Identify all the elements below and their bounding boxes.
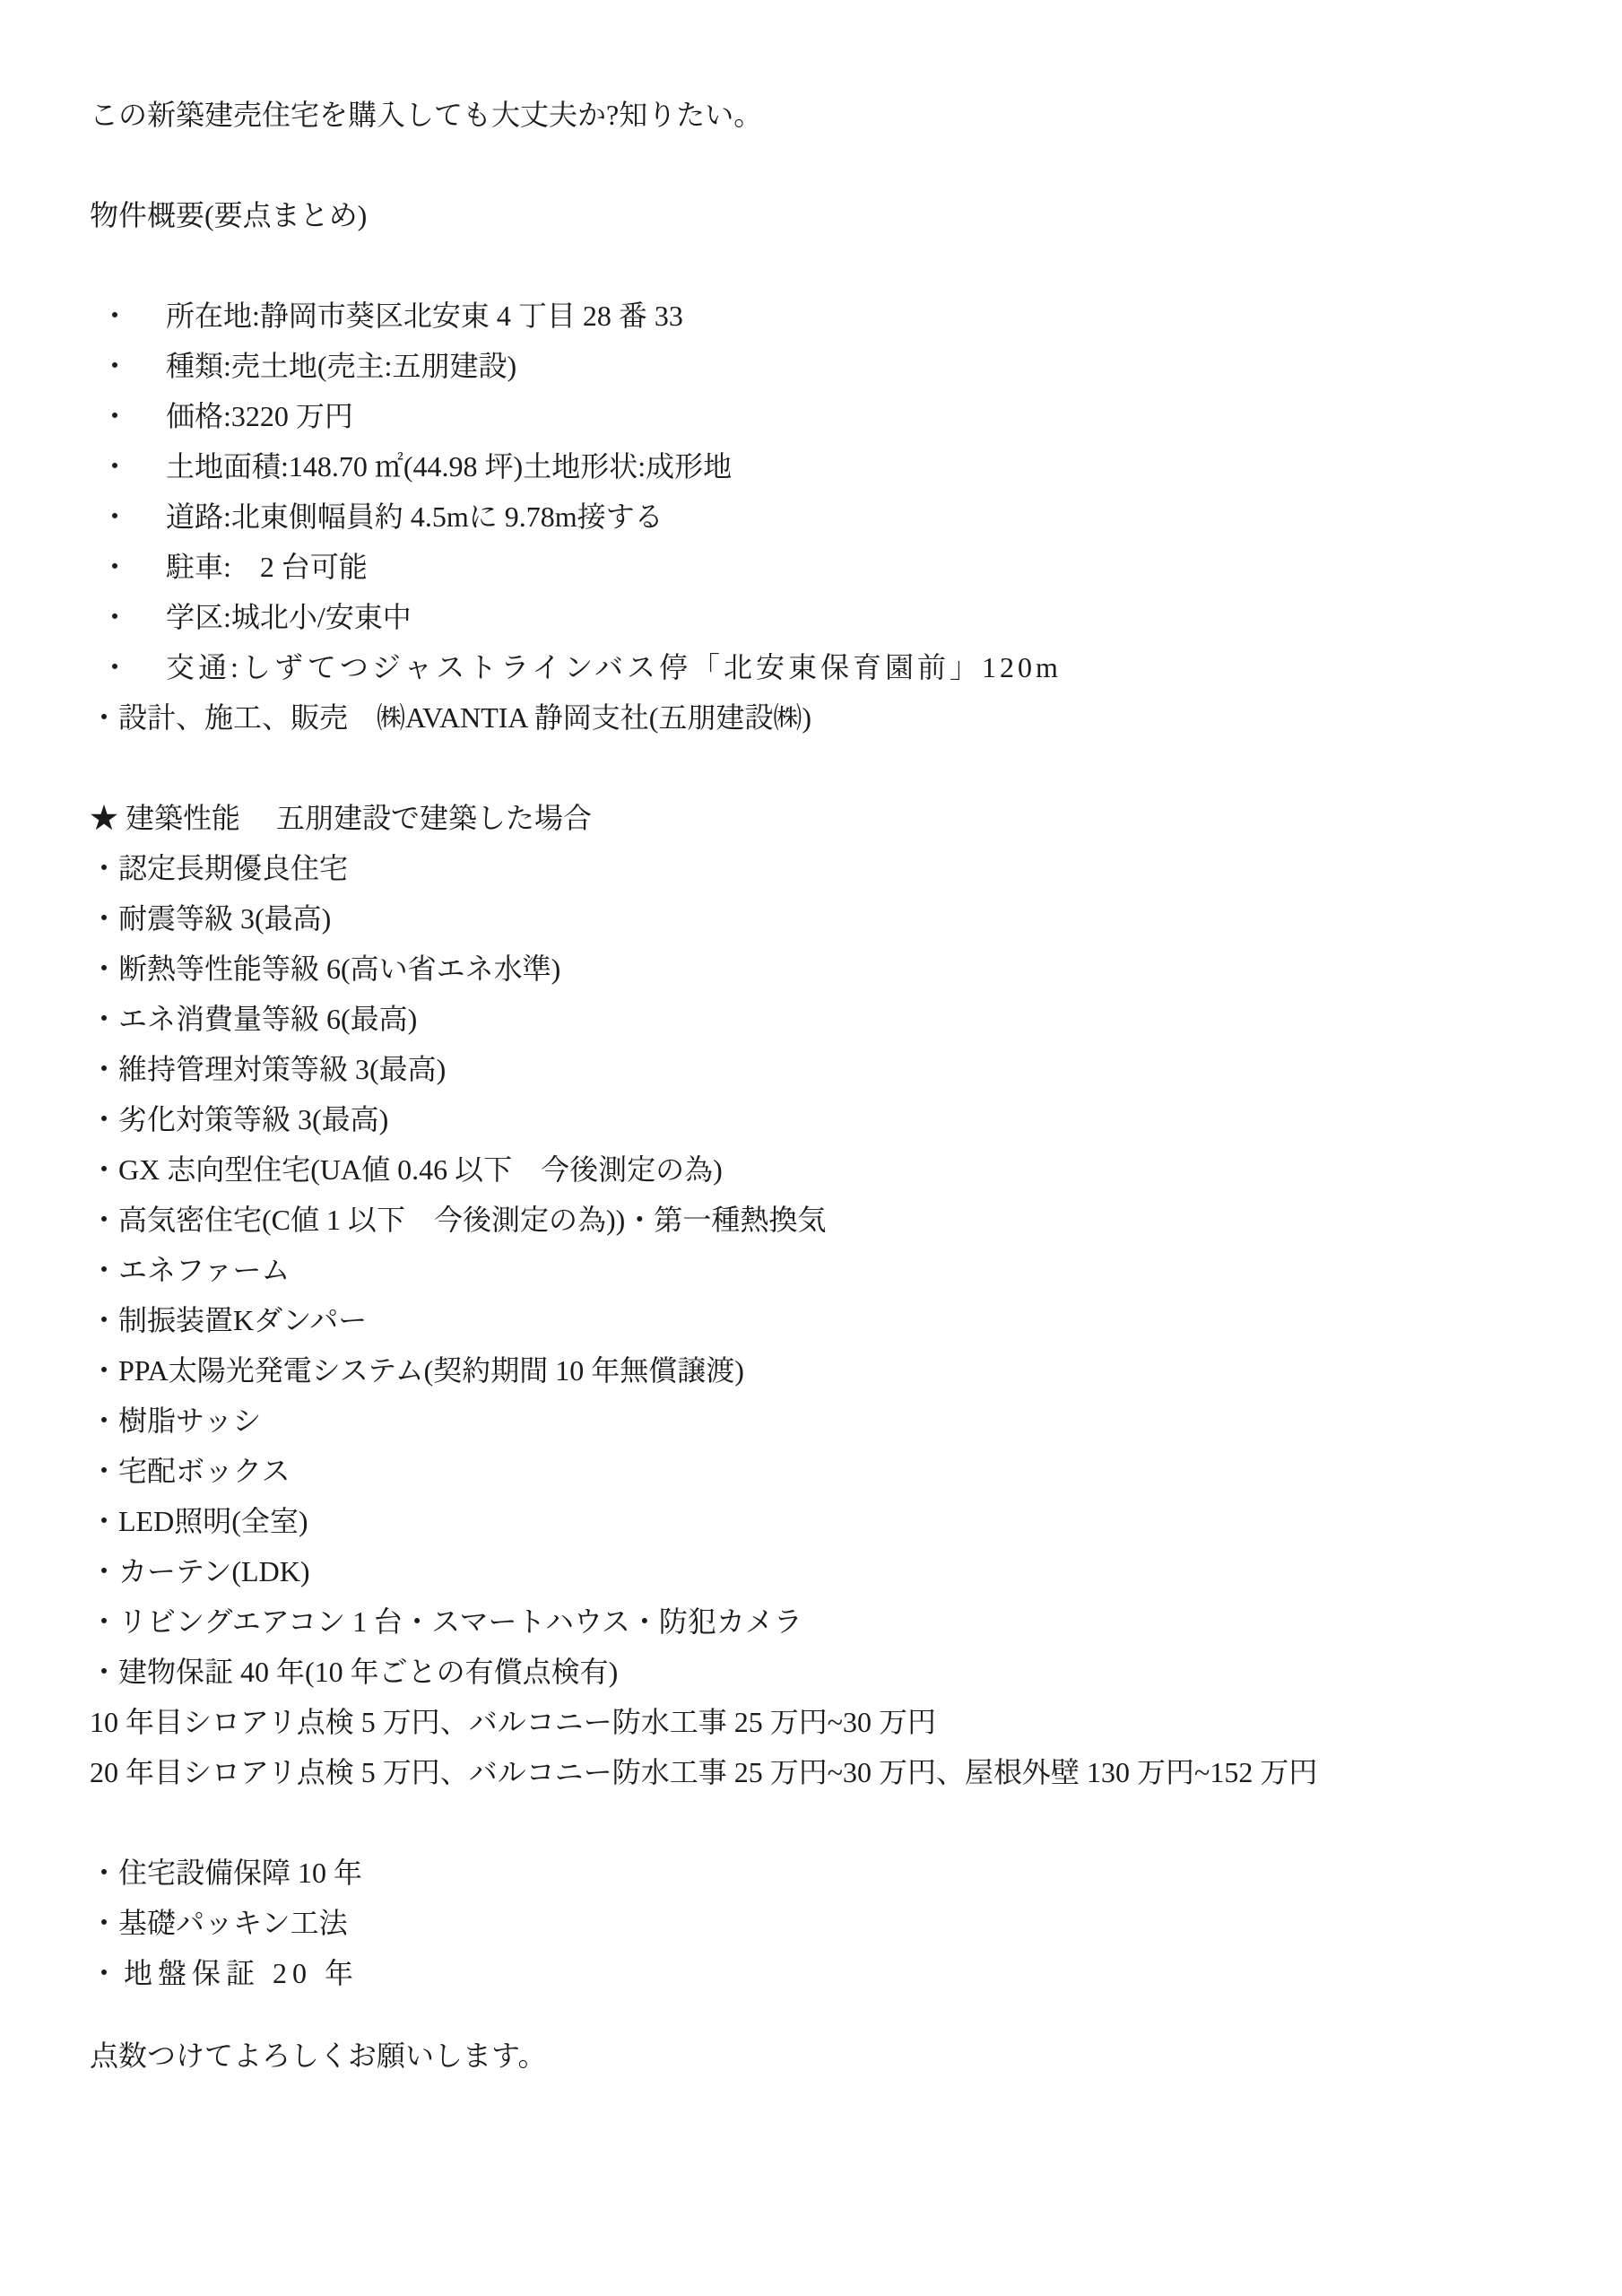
perf-item-certified-long-life: ・認定長期優良住宅 [90,843,1541,893]
warranty-item-ground: ・地盤保証 20 年 [90,1948,1541,1998]
perf-item-deterioration-grade: ・劣化対策等級 3(最高) [90,1094,1541,1144]
overview-item-price: ・価格:3220 万円 [90,391,1541,441]
overview-heading: 物件概要(要点まとめ) [90,190,1541,240]
overview-item-location: ・所在地:静岡市葵区北安東 4 丁目 28 番 33 [90,291,1541,341]
bullet-icon: ・ [100,592,129,642]
perf-item-gx-house: ・GX 志向型住宅(UA値 0.46 以下 今後測定の為) [90,1144,1541,1195]
intro-question: この新築建売住宅を購入しても大丈夫か?知りたい。 [90,90,1541,140]
warranty-item-foundation-packing: ・基礎パッキン工法 [90,1898,1541,1948]
maintenance-line-10yr: 10 年目シロアリ点検 5 万円、バルコニー防水工事 25 万円~30 万円 [90,1697,1541,1747]
closing-line: 点数つけてよろしくお願いします。 [90,2031,1541,2081]
spacer [90,240,1541,291]
perf-item-resin-sash: ・樹脂サッシ [90,1396,1541,1446]
perf-item-led-lighting: ・LED照明(全室) [90,1496,1541,1546]
spacer [90,1998,1541,2031]
perf-item-airtight-house: ・高気密住宅(C値 1 以下 今後測定の為))・第一種熱換気 [90,1195,1541,1245]
bullet-icon: ・ [100,542,129,592]
overview-item-text: 種類:売土地(売主:五朋建設) [166,350,516,382]
spacer [90,743,1541,793]
overview-item-school-district: ・学区:城北小/安東中 [90,592,1541,642]
document-page: この新築建売住宅を購入しても大丈夫か?知りたい。 物件概要(要点まとめ) ・所在… [0,0,1622,2296]
perf-item-energy-consumption-grade: ・エネ消費量等級 6(最高) [90,994,1541,1044]
bullet-icon: ・ [100,291,129,341]
spacer [90,140,1541,190]
perf-item-k-damper: ・制振装置Kダンパー [90,1295,1541,1345]
overview-item-text: 駐車: 2 台可能 [166,551,368,583]
perf-item-delivery-box: ・宅配ボックス [90,1446,1541,1496]
overview-item-type: ・種類:売土地(売主:五朋建設) [90,341,1541,391]
overview-item-transport: ・交通:しずてつジャストラインバス停「北安東保育園前」120m [90,642,1541,692]
perf-item-seismic-grade: ・耐震等級 3(最高) [90,893,1541,944]
overview-item-text: 学区:城北小/安東中 [166,601,412,633]
perf-item-insulation-grade: ・断熱等性能等級 6(高い省エネ水準) [90,944,1541,994]
perf-item-curtains: ・カーテン(LDK) [90,1546,1541,1596]
vendor-line: ・設計、施工、販売 ㈱AVANTIA 静岡支社(五朋建設㈱) [90,692,1541,743]
bullet-icon: ・ [100,391,129,441]
overview-item-text: 土地面積:148.70 ㎡(44.98 坪)土地形状:成形地 [166,450,732,483]
perf-item-enefarm: ・エネファーム [90,1245,1541,1295]
overview-item-text: 交通:しずてつジャストラインバス停「北安東保育園前」120m [166,651,1062,683]
overview-item-parking: ・駐車: 2 台可能 [90,542,1541,592]
overview-item-text: 価格:3220 万円 [166,400,353,432]
bullet-icon: ・ [100,441,129,491]
warranty-item-equipment: ・住宅設備保障 10 年 [90,1848,1541,1898]
overview-item-land-area: ・土地面積:148.70 ㎡(44.98 坪)土地形状:成形地 [90,441,1541,491]
perf-item-building-warranty: ・建物保証 40 年(10 年ごとの有償点検有) [90,1647,1541,1697]
performance-heading: ★ 建築性能 五朋建設で建築した場合 [90,793,1541,843]
overview-item-road: ・道路:北東側幅員約 4.5mに 9.78m接する [90,491,1541,542]
overview-item-text: 所在地:静岡市葵区北安東 4 丁目 28 番 33 [166,300,683,332]
perf-item-ppa-solar: ・PPA太陽光発電システム(契約期間 10 年無償譲渡) [90,1345,1541,1396]
perf-item-maintenance-grade: ・維持管理対策等級 3(最高) [90,1044,1541,1094]
overview-item-text: 道路:北東側幅員約 4.5mに 9.78m接する [166,500,664,533]
perf-item-aircon-smarthouse-camera: ・リビングエアコン 1 台・スマートハウス・防犯カメラ [90,1596,1541,1647]
bullet-icon: ・ [100,491,129,542]
spacer [90,1797,1541,1848]
bullet-icon: ・ [100,642,133,692]
maintenance-line-20yr: 20 年目シロアリ点検 5 万円、バルコニー防水工事 25 万円~30 万円、屋… [90,1747,1541,1797]
bullet-icon: ・ [100,341,129,391]
